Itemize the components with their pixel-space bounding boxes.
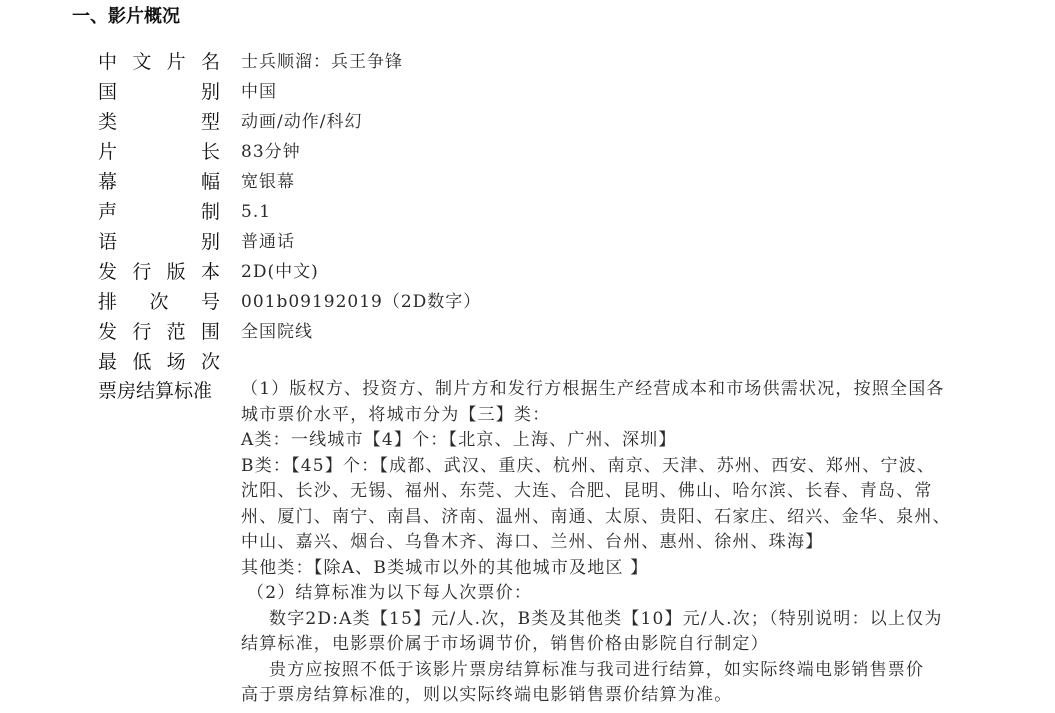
label-char: 声	[98, 197, 117, 227]
label-char: 幅	[201, 167, 220, 197]
label-char: 别	[201, 227, 220, 257]
field-value-release-scope: 全国院线	[241, 317, 313, 347]
label-char: 中	[98, 47, 117, 77]
field-value-screen-format: 宽银幕	[241, 167, 295, 197]
field-value-genre: 动画/动作/科幻	[241, 107, 362, 137]
settlement-body: （1）版权方、投资方、制片方和发行方根据生产经营成本和市场供需状况，按照全国各 …	[241, 377, 1001, 709]
field-label: 中 文 片 名	[98, 47, 220, 77]
field-value-release-version: 2D(中文)	[241, 257, 319, 287]
label-char: 低	[132, 347, 151, 377]
field-row-screen-format: 幕 幅 宽银幕	[0, 167, 1055, 197]
label-char: 排	[98, 287, 117, 317]
settlement-line: B类：【45】个：【成都、武汉、重庆、杭州、南京、天津、苏州、西安、郑州、宁波、	[241, 454, 1001, 480]
field-row-runtime: 片 长 83分钟	[0, 137, 1055, 167]
label-char: 行	[132, 257, 151, 287]
label-char: 行	[132, 317, 151, 347]
label-char: 次	[149, 287, 168, 317]
field-row-genre: 类 型 动画/动作/科幻	[0, 107, 1055, 137]
settlement-line: 高于票房结算标准的，则以实际终端电影销售票价结算为准。	[241, 683, 1001, 709]
field-row-chinese-title: 中 文 片 名 士兵顺溜：兵王争锋	[0, 47, 1055, 77]
field-label: 类 型	[98, 107, 220, 137]
field-label: 发 行 版 本	[98, 257, 220, 287]
settlement-line: （2）结算标准为以下每人次票价：	[241, 581, 1001, 607]
field-value-country: 中国	[241, 77, 277, 107]
label-char: 范	[167, 317, 186, 347]
field-value-language: 普通话	[241, 227, 295, 257]
label-char: 别	[201, 77, 220, 107]
field-row-country: 国 别 中国	[0, 77, 1055, 107]
settlement-line: 州、厦门、南宁、南昌、济南、温州、南通、太原、贵阳、石家庄、绍兴、金华、泉州、	[241, 505, 1001, 531]
label-char: 型	[201, 107, 220, 137]
settlement-line: 城市票价水平，将城市分为【三】类：	[241, 403, 1001, 429]
label-char: 文	[132, 47, 151, 77]
label-char: 国	[98, 77, 117, 107]
settlement-line: 结算标准，电影票价属于市场调节价，销售价格由影院自行制定）	[241, 632, 1001, 658]
settlement-line: 沈阳、长沙、无锡、福州、东莞、大连、合肥、昆明、佛山、哈尔滨、长春、青岛、常	[241, 479, 1001, 505]
field-row-schedule-number: 排 次 号 001b09192019（2D数字）	[0, 287, 1055, 317]
settlement-line: 其他类：【除A、B类城市以外的其他城市及地区 】	[241, 556, 1001, 582]
label-char: 发	[98, 317, 117, 347]
field-label: 最 低 场 次	[98, 347, 220, 377]
label-char: 制	[201, 197, 220, 227]
settlement-label: 票房结算标准	[98, 376, 212, 406]
field-label: 幕 幅	[98, 167, 220, 197]
label-char: 最	[98, 347, 117, 377]
field-label: 语 别	[98, 227, 220, 257]
field-value-schedule-number: 001b09192019（2D数字）	[241, 287, 481, 317]
label-char: 本	[201, 257, 220, 287]
label-char: 版	[167, 257, 186, 287]
field-row-release-scope: 发 行 范 围 全国院线	[0, 317, 1055, 347]
label-char: 号	[201, 287, 220, 317]
field-label: 排 次 号	[98, 287, 220, 317]
label-char: 围	[201, 317, 220, 347]
field-label: 国 别	[98, 77, 220, 107]
label-char: 幕	[98, 167, 117, 197]
field-row-sound: 声 制 5.1	[0, 197, 1055, 227]
field-row-release-version: 发 行 版 本 2D(中文)	[0, 257, 1055, 287]
settlement-line: （1）版权方、投资方、制片方和发行方根据生产经营成本和市场供需状况，按照全国各	[241, 377, 1001, 403]
label-char: 类	[98, 107, 117, 137]
label-char: 次	[201, 347, 220, 377]
field-value-runtime: 83分钟	[241, 137, 301, 167]
settlement-line: A类：一线城市【4】个：【北京、上海、广州、深圳】	[241, 428, 1001, 454]
field-label: 片 长	[98, 137, 220, 167]
label-char: 语	[98, 227, 117, 257]
section-title: 一、影片概况	[72, 4, 180, 30]
label-char: 长	[201, 137, 220, 167]
settlement-line: 数字2D:A类【15】元/人.次，B类及其他类【10】元/人.次；（特别说明：以…	[241, 607, 1001, 633]
label-char: 发	[98, 257, 117, 287]
label-char: 名	[201, 47, 220, 77]
field-row-minimum-screenings: 最 低 场 次	[0, 347, 1055, 377]
field-value-chinese-title: 士兵顺溜：兵王争锋	[241, 47, 403, 77]
label-char: 场	[167, 347, 186, 377]
settlement-line: 中山、嘉兴、烟台、乌鲁木齐、海口、兰州、台州、惠州、徐州、珠海】	[241, 530, 1001, 556]
field-label: 发 行 范 围	[98, 317, 220, 347]
label-char: 片	[98, 137, 117, 167]
label-char: 片	[167, 47, 186, 77]
field-row-language: 语 别 普通话	[0, 227, 1055, 257]
settlement-line: 贵方应按照不低于该影片票房结算标准与我司进行结算，如实际终端电影销售票价	[241, 658, 1001, 684]
field-value-sound: 5.1	[241, 197, 271, 227]
field-label: 声 制	[98, 197, 220, 227]
